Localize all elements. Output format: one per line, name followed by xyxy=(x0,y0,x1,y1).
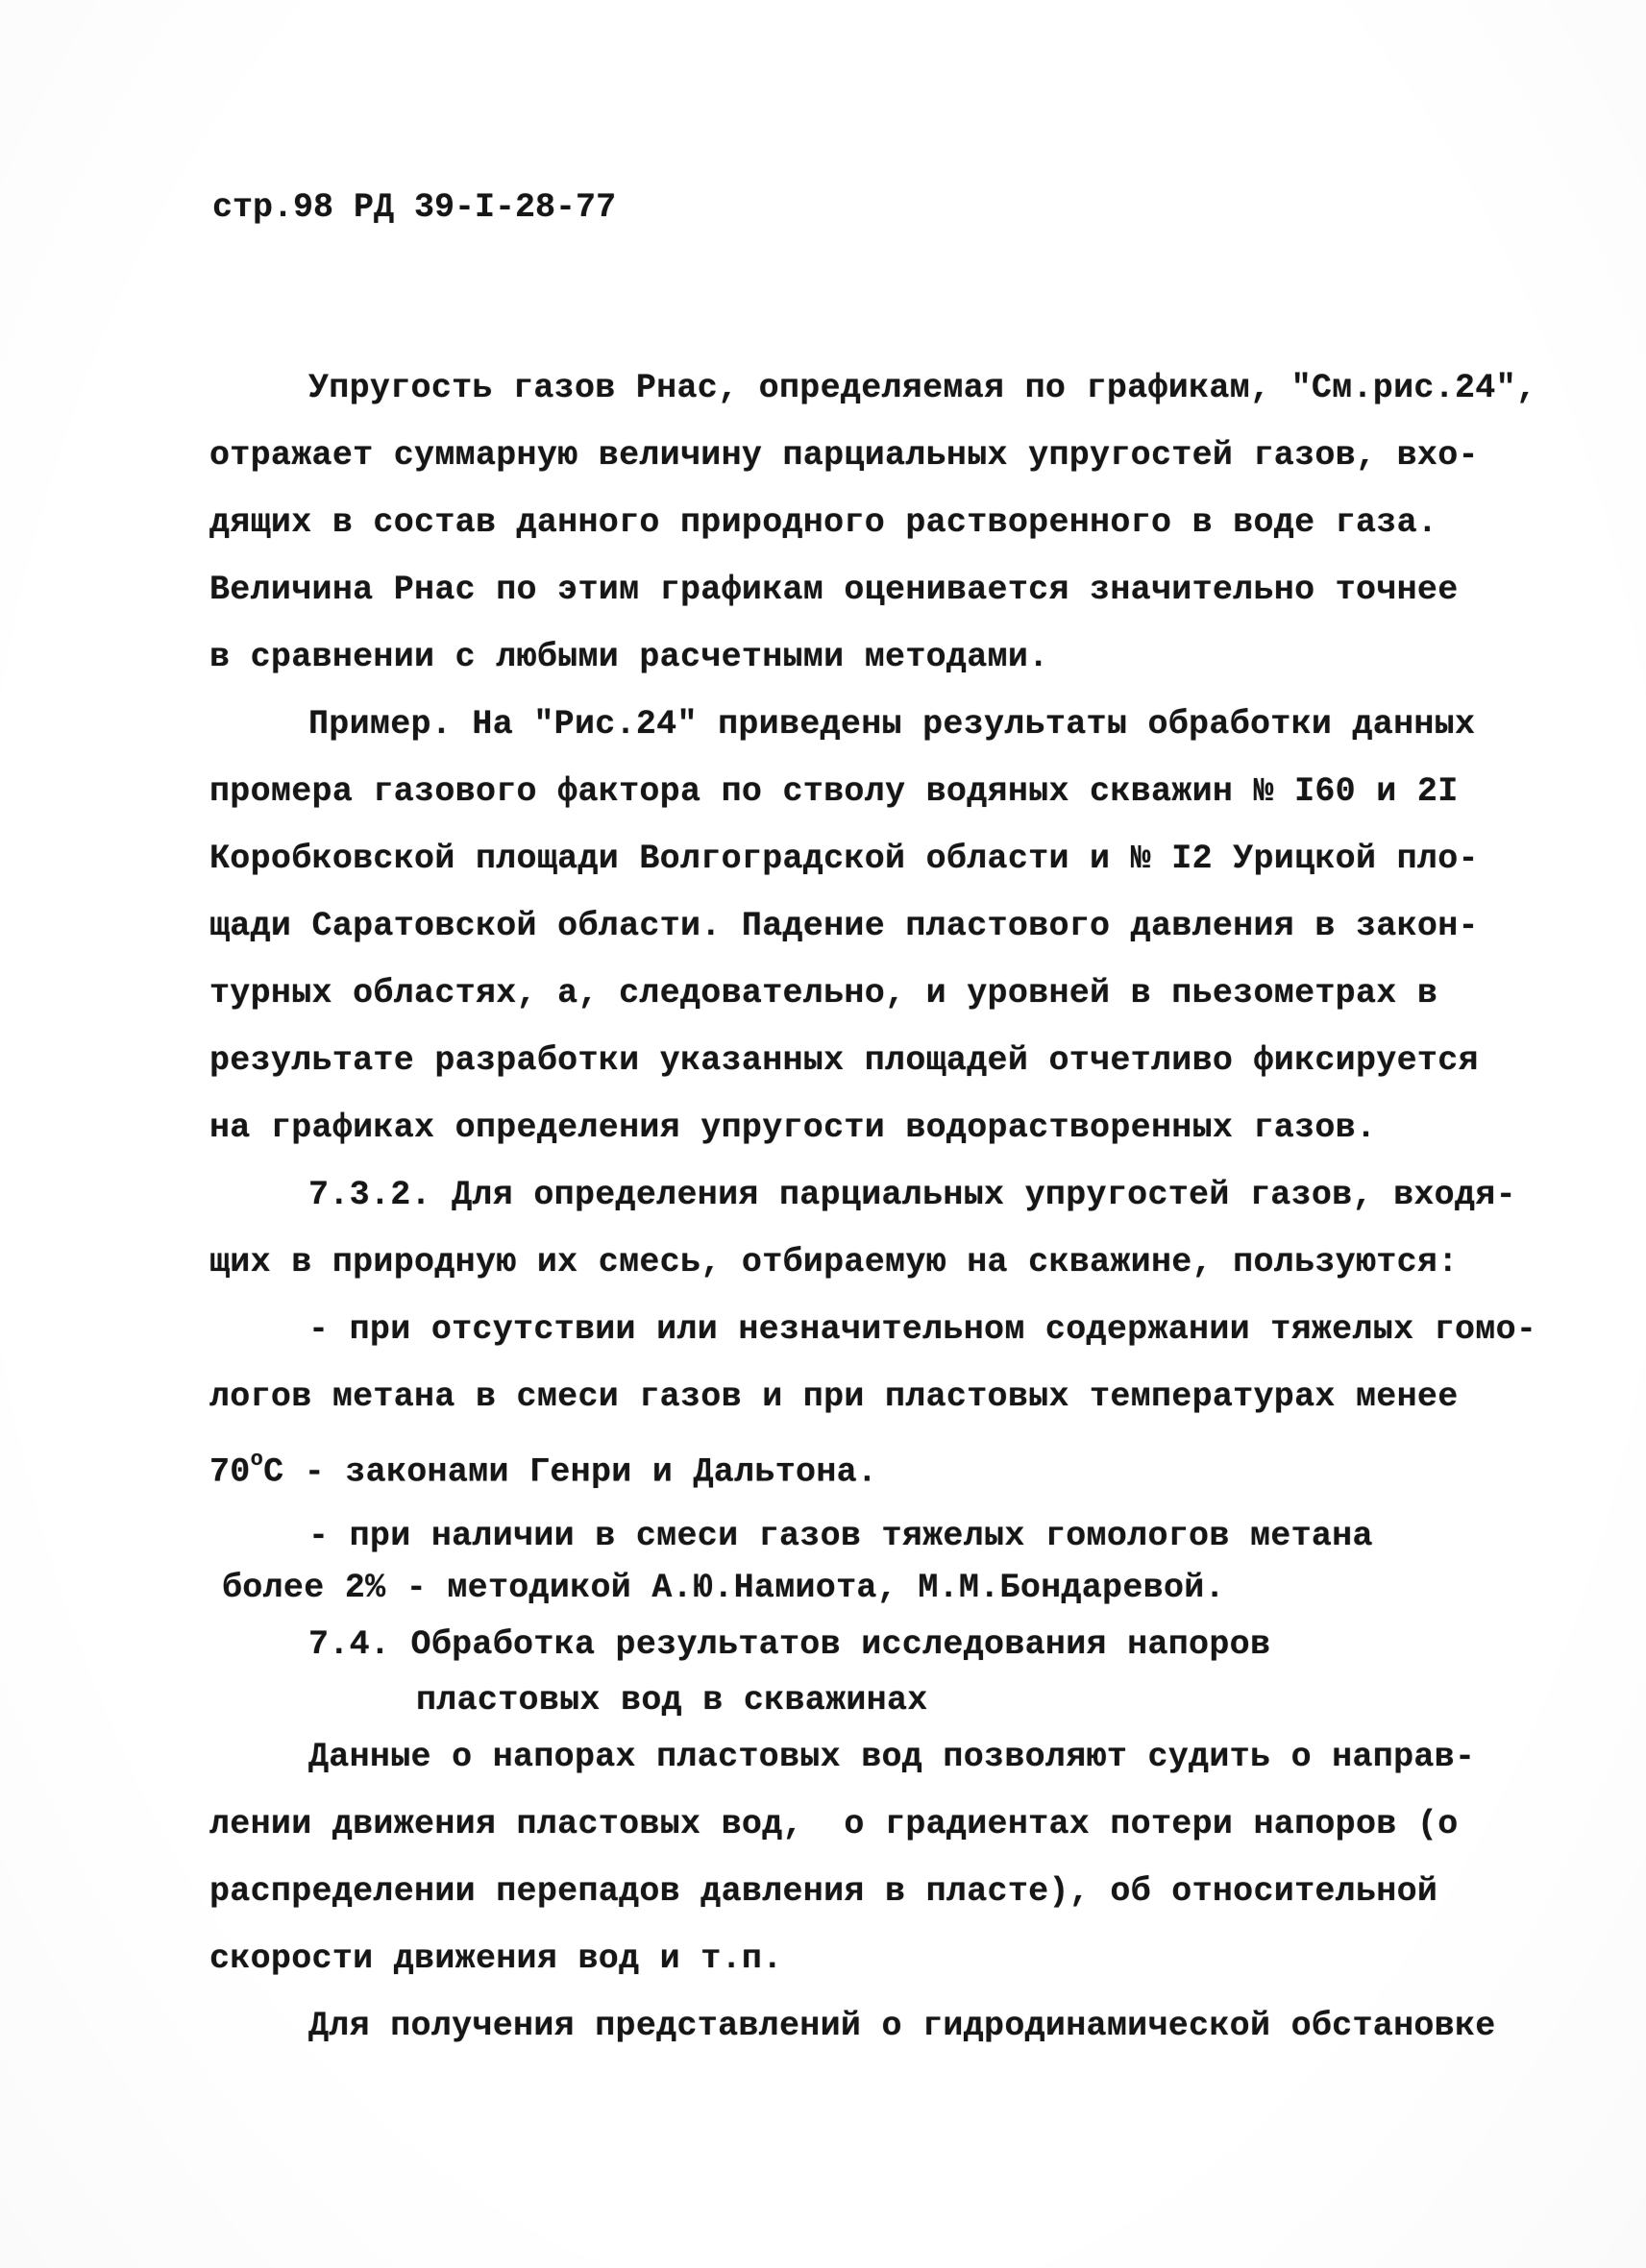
text-line: более 2% - методикой А.Ю.Намиота, М.М.Бо… xyxy=(209,1566,1574,1611)
text-line: турных областях, а, следовательно, и уро… xyxy=(209,960,1574,1027)
text-line: в сравнении с любыми расчетными методами… xyxy=(209,623,1574,691)
text-line: Пример. На "Рис.24" приведены результаты… xyxy=(209,691,1574,758)
text-line: Для получения представлений о гидродинам… xyxy=(209,1992,1574,2060)
superscript-degree: о xyxy=(251,1448,264,1472)
text-line: промера газового фактора по стволу водян… xyxy=(209,758,1574,825)
text-line: Упругость газов Рнас, определяемая по гр… xyxy=(209,354,1574,422)
text-line: щади Саратовской области. Падение пласто… xyxy=(209,892,1574,960)
text-line: 70оС - законами Генри и Дальтона. xyxy=(209,1430,1574,1506)
scanned-document-page: стр.98 РД 39-I-28-77 Упругость газов Рна… xyxy=(0,0,1646,2268)
text-line: распределении перепадов давления в пласт… xyxy=(209,1858,1574,1925)
text-line: пластовых вод в скважинах xyxy=(209,1678,1574,1723)
page-header: стр.98 РД 39-I-28-77 xyxy=(212,188,616,227)
text-line: скорости движения вод и т.п. xyxy=(209,1925,1574,1992)
document-body: Упругость газов Рнас, определяемая по гр… xyxy=(209,354,1574,2060)
text-line: 7.3.2. Для определения парциальных упруг… xyxy=(209,1161,1574,1229)
text-line: на графиках определения упругости водора… xyxy=(209,1094,1574,1161)
text-line: Данные о напорах пластовых вод позволяют… xyxy=(209,1723,1574,1791)
text-line: - при отсутствии или незначительном соде… xyxy=(209,1296,1574,1363)
text-line: дящих в состав данного природного раство… xyxy=(209,489,1574,556)
text-line: отражает суммарную величину парциальных … xyxy=(209,422,1574,489)
text-line: Величина Рнас по этим графикам оценивает… xyxy=(209,556,1574,623)
text-line: результате разработки указанных площадей… xyxy=(209,1027,1574,1094)
text-line: логов метана в смеси газов и при пластов… xyxy=(209,1363,1574,1430)
text-line: лении движения пластовых вод, о градиент… xyxy=(209,1791,1574,1858)
text-line: щих в природную их смесь, отбираемую на … xyxy=(209,1229,1574,1296)
text-line: 7.4. Обработка результатов исследования … xyxy=(209,1611,1574,1678)
text-line: - при наличии в смеси газов тяжелых гомо… xyxy=(209,1506,1574,1566)
text-line: Коробковской площади Волгоградской облас… xyxy=(209,825,1574,892)
